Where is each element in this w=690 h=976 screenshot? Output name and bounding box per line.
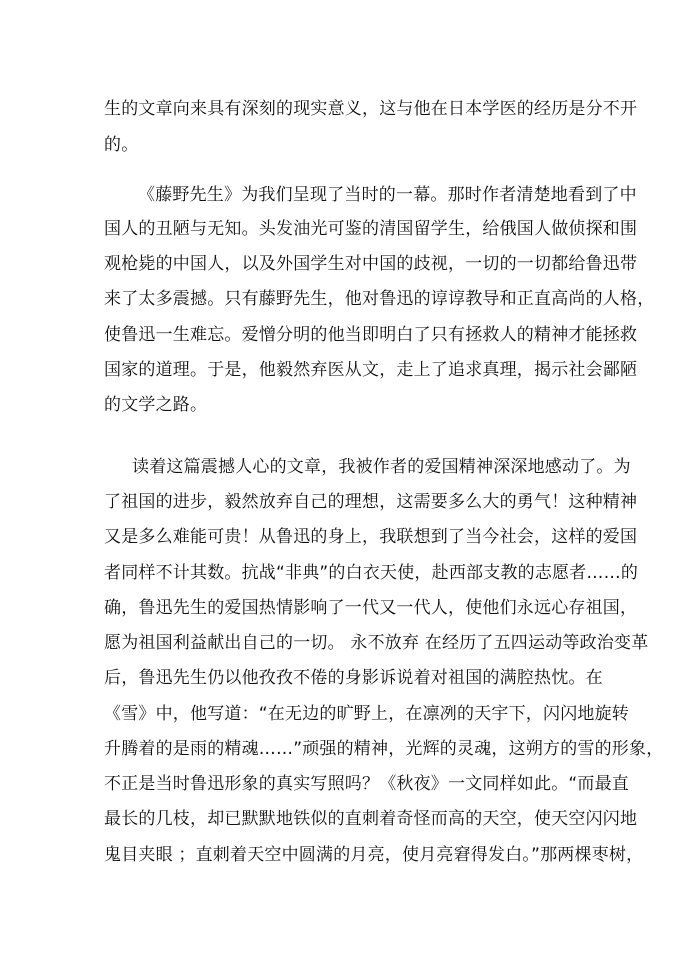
document-page: 生的文章向来具有深刻的现实意义，这与他在日本学医的经历是分不开 的。 《藤野先生…	[0, 0, 690, 976]
text-line: 的文学之路。	[104, 395, 207, 415]
text-line: 愿为祖国利益献出自己的一切。 永不放弃 在经历了五四运动等政治变革	[104, 633, 648, 653]
text-line: 又是多么难能可贵！从鲁迅的身上，我联想到了当今社会，这样的爱国	[104, 527, 637, 547]
text-line: 后，鲁迅先生仍以他孜孜不倦的身影诉说着对祖国的满腔热忱。在	[104, 668, 603, 688]
text-line: 最长的几枝，却已默默地铁似的直刺着奇怪而高的天空，使天空闪闪地	[104, 809, 637, 829]
text-line: 不正是当时鲁迅形象的真实写照吗？《秋夜》一文同样如此。“而最直	[104, 774, 629, 794]
text-line: 《雪》中，他写道：“在无边的旷野上，在凛冽的天宇下，闪闪地旋转	[104, 704, 629, 724]
text-line: 了祖国的进步，毅然放弃自己的理想，这需要多么大的勇气！这种精神	[104, 492, 637, 512]
text-line: 国人的丑陋与无知。头发油光可鉴的清国留学生，给俄国人做侦探和围	[104, 219, 637, 239]
text-line: 确，鲁迅先生的爱国热情影响了一代又一代人，使他们永远心存祖国，	[104, 598, 637, 618]
text-line: 的。	[104, 135, 138, 155]
text-line: 鬼目夹眼 ；直刺着天空中圆满的月亮，使月亮窘得发白。”那两棵枣树，	[104, 845, 643, 865]
text-line: 者同样不计其数。抗战“非典”的白衣天使，赴西部支教的志愿者……的	[104, 563, 638, 583]
text-line: 来了太多震撼。只有藤野先生，他对鲁迅的谆谆教导和正直高尚的人格，	[104, 289, 654, 309]
text-line: 国家的道理。于是，他毅然弃医从文，走上了追求真理，揭示社会鄙陋	[104, 360, 637, 380]
text-line: 观枪毙的中国人，以及外国学生对中国的歧视，一切的一切都给鲁迅带	[104, 254, 637, 274]
text-line: 使鲁迅一生难忘。爱憎分明的他当即明白了只有拯救人的精神才能拯救	[104, 325, 637, 345]
text-line-indented: 《藤野先生》为我们呈现了当时的一幕。那时作者清楚地看到了中	[138, 185, 637, 205]
text-line: 升腾着的是雨的精魂……”顽强的精神，光辉的灵魂，这朔方的雪的形象，	[104, 739, 663, 759]
text-line: 生的文章向来具有深刻的现实意义，这与他在日本学医的经历是分不开	[104, 99, 637, 119]
text-line-indented: 读着这篇震撼人心的文章，我被作者的爱国精神深深地感动了。为	[132, 457, 631, 477]
